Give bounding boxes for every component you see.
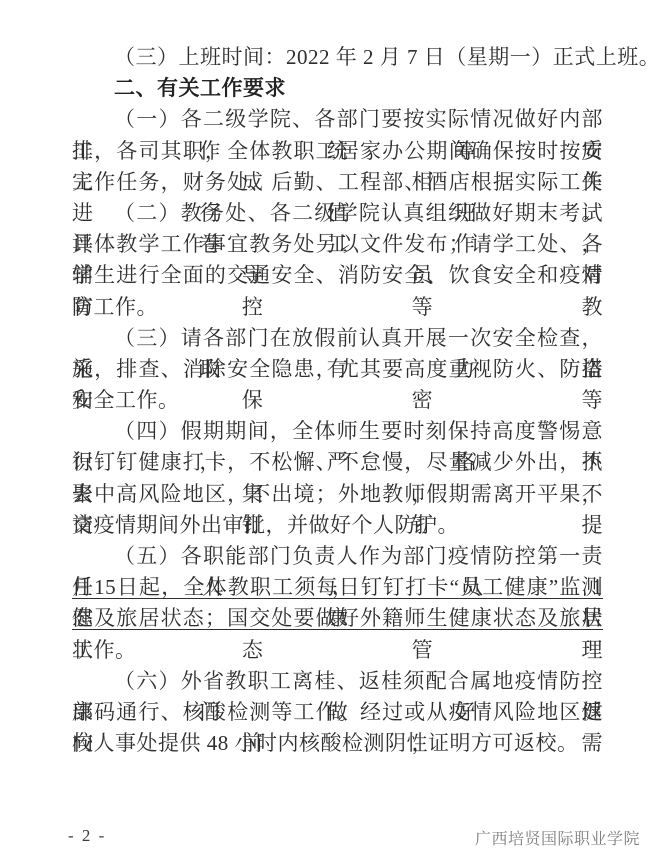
text-line: （三）请各部门在放假前认真开展一次安全检查，采取有力措: [72, 323, 603, 354]
text-line: 学生进行全面的交通安全、消防安全、饮食安全和疫情防控等教: [72, 260, 603, 291]
text-line: 向人事处提供 48 小时内核酸检测阴性证明方可返校。: [72, 728, 603, 759]
page-footer: - 2 - 广西培贤国际职业学院: [0, 826, 655, 850]
text-line: 康码通行、核酸检测等工作。经过或从疫情风险地区返校前，需: [72, 697, 603, 728]
section-heading: 二、有关工作要求: [72, 73, 603, 104]
text-line: 施，排查、消除安全隐患，尤其要高度重视防火、防盗和保密等: [72, 354, 603, 385]
text-line: （一）各二级学院、各部门要按实际情况做好内部工作统筹安: [72, 104, 603, 135]
text-line: 态及旅居状态；国交处要做好外籍师生健康状态及旅居状态管理: [72, 603, 603, 634]
text-segment: 二、有关工作要求: [114, 77, 286, 100]
text-line: 去中高风险地区，不出境；外地教师假期需离开平果，请钉钉提: [72, 479, 603, 510]
text-line: 行钉钉健康打卡，不松懈、不怠慢，尽量减少外出，不聚集，不: [72, 447, 603, 478]
text-line: （三）上班时间：2022 年 2 月 7 日（星期一）正式上班。: [72, 42, 603, 73]
text-line: 排，各司其职，全体教职工居家办公期间确保按时按质完成相关: [72, 136, 603, 167]
document-page: { "document": { "lines": [ {"indent": tr…: [0, 0, 655, 858]
text-line: （四）假期期间，全体师生要时刻保持高度警惕意识，严格执: [72, 416, 603, 447]
text-line: （六）外省教职工离桂、返桂须配合属地疫情防控部门做好健: [72, 666, 603, 697]
text-line: 工作任务，财务处、后勤、工程部、酒店根据实际工作进行值班。: [72, 167, 603, 198]
text-segment: 工作。: [72, 638, 137, 662]
text-segment: 育工作。: [72, 295, 158, 319]
document-lines: （三）上班时间：2022 年 2 月 7 日（星期一）正式上班。二、有关工作要求…: [72, 42, 603, 759]
text-segment: 向人事处提供 48 小时内核酸检测阴性证明方可返校。: [72, 731, 579, 755]
underlined-text-segment: 态及旅居状态: [72, 606, 205, 630]
page-number: - 2 -: [68, 826, 106, 846]
text-segment: 交疫情期间外出审批，并做好个人防护。: [72, 513, 459, 537]
institution-name: 广西培贤国际职业学院: [475, 826, 640, 849]
text-line: （五）各职能部门负责人作为部门疫情防控第一责任人，从1: [72, 541, 603, 572]
text-segment: 安全工作。: [72, 388, 180, 412]
text-line: 月15日起，全体教职工须每日钉钉打卡“员工健康”监测健康状: [72, 572, 603, 603]
text-line: （二）教务处、各二级学院认真组织做好期末考试评卷工作，: [72, 198, 603, 229]
text-segment: （三）上班时间：2022 年 2 月 7 日（星期一）正式上班。: [114, 45, 655, 69]
text-line: 具体教学工作事宜教务处另以文件发布；请学工处、各辅导员对: [72, 229, 603, 260]
